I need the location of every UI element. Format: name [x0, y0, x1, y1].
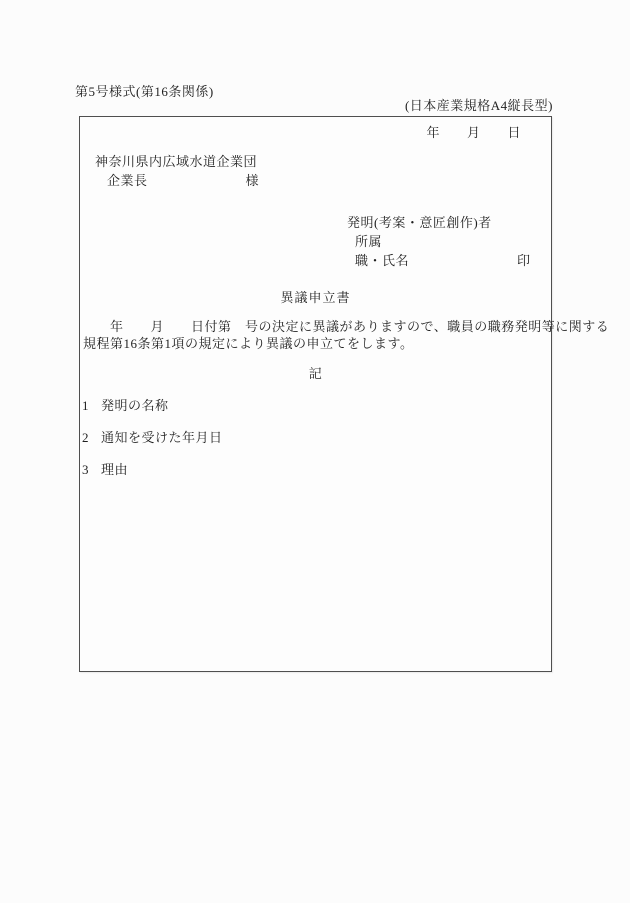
form-sheet-border: 年 月 日 神奈川県内広域水道企業団 企業長様 発明(考案・意匠創作)者 所属 … — [79, 116, 552, 672]
addressee-honorific: 様 — [246, 173, 260, 188]
document-title: 異議申立書 — [80, 287, 551, 306]
item-label: 発明の名称 — [101, 398, 169, 413]
addressee-title: 企業長 — [107, 173, 148, 188]
seal-label: 印 — [517, 250, 531, 269]
item-label: 通知を受けた年月日 — [101, 430, 223, 445]
body-paragraph: 年 月 日付第 号の決定に異議がありますので、職員の職務発明等に関する規程第16… — [83, 318, 609, 352]
inventor-heading: 発明(考案・意匠創作)者 — [347, 212, 492, 231]
item-label: 理由 — [101, 462, 128, 477]
addressee-line: 企業長様 — [107, 170, 259, 189]
document-page: 第5号様式(第16条関係) (日本産業規格A4縦長型) 年 月 日 神奈川県内広… — [0, 0, 630, 903]
position-name-label: 職・氏名 — [355, 250, 409, 269]
paper-spec-label: (日本産業規格A4縦長型) — [405, 95, 553, 114]
date-line: 年 月 日 — [426, 122, 521, 141]
list-item: 2通知を受けた年月日 — [82, 427, 223, 446]
notation-ki: 記 — [80, 363, 551, 382]
form-number-label: 第5号様式(第16条関係) — [75, 81, 214, 100]
body-line-1: 年 月 日付第 号の決定に異議がありますので、職員の職務発明等に関する — [83, 318, 609, 335]
item-number: 2 — [82, 430, 101, 446]
addressee-organization: 神奈川県内広域水道企業団 — [95, 151, 257, 170]
list-item: 1発明の名称 — [82, 395, 169, 414]
affiliation-label: 所属 — [355, 231, 382, 250]
item-number: 1 — [82, 398, 101, 414]
list-item: 3理由 — [82, 459, 128, 478]
body-line-2: 規程第16条第1項の規定により異議の申立てをします。 — [83, 335, 609, 352]
item-number: 3 — [82, 462, 101, 478]
